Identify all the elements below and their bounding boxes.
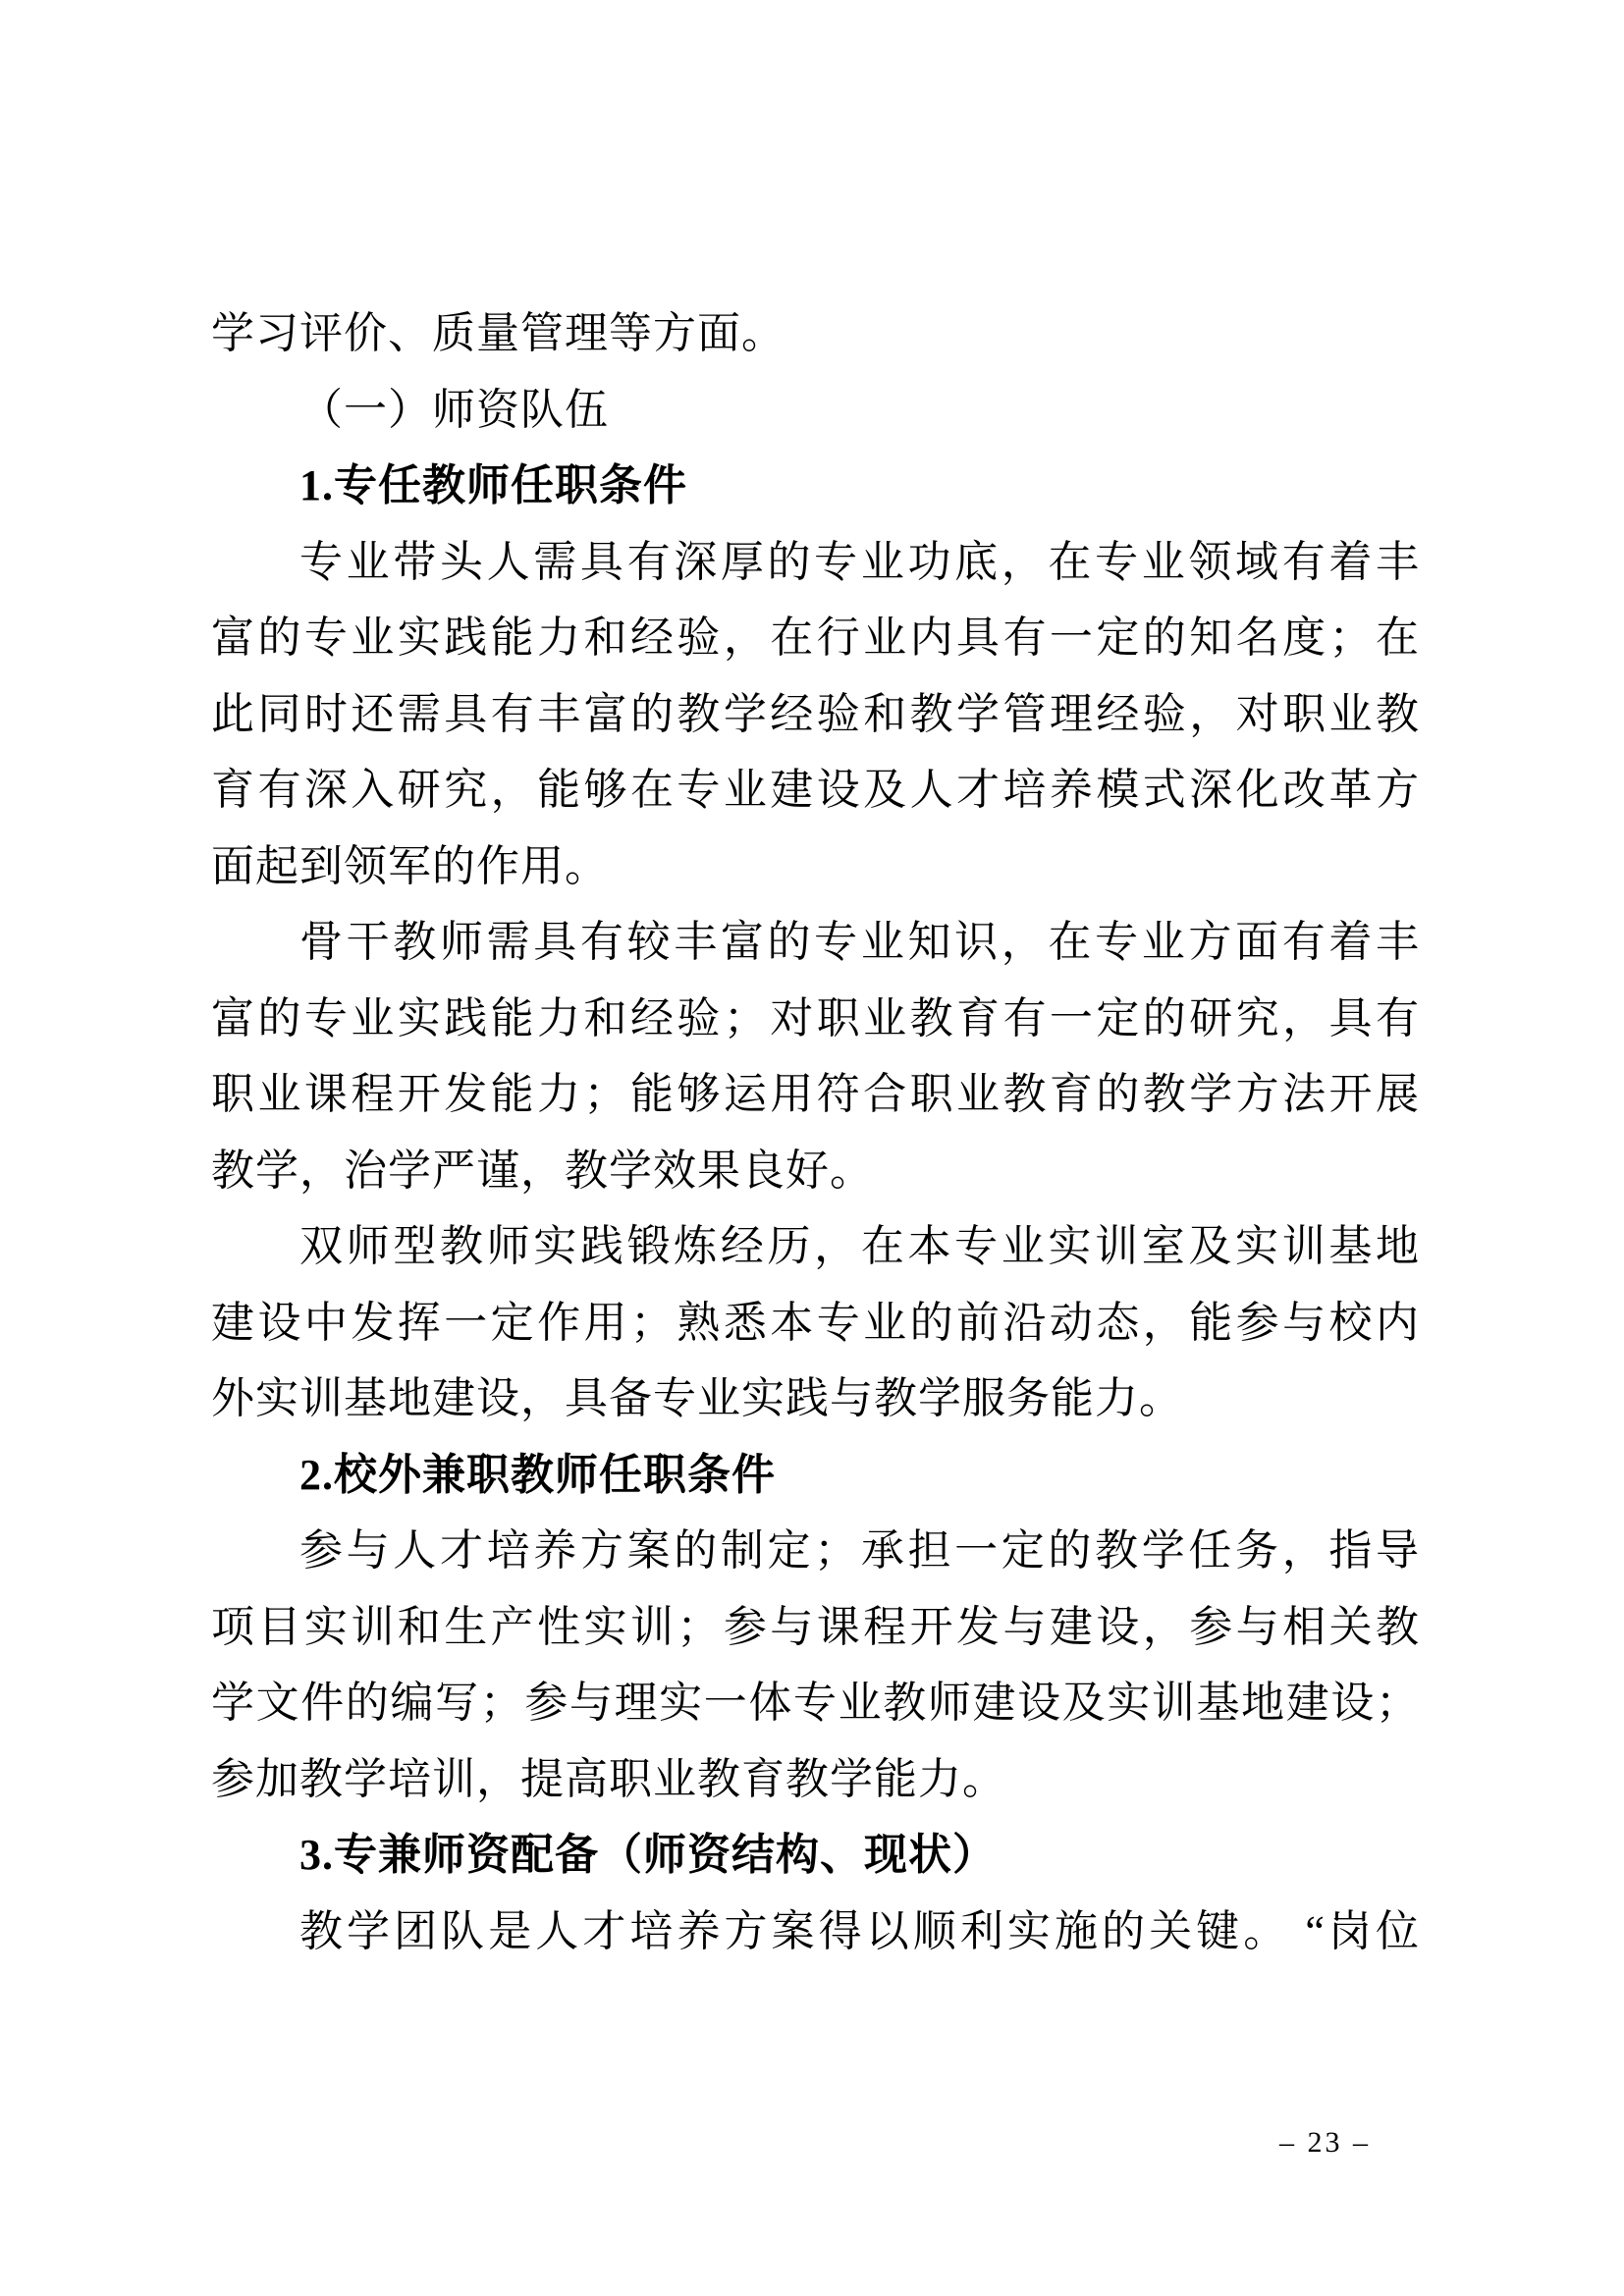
text-line: 育有深入研究，能够在专业建设及人才培养模式深化改革方 bbox=[211, 752, 1420, 828]
document-text-block: 学习评价、质量管理等方面。 （一）师资队伍 1.专任教师任职条件 专业带头人需具… bbox=[211, 295, 1420, 1969]
text-line: 学文件的编写；参与理实一体专业教师建设及实训基地建设； bbox=[211, 1665, 1420, 1741]
text-line: 项目实训和生产性实训；参与课程开发与建设，参与相关教 bbox=[211, 1589, 1420, 1666]
text-line: 教学，治学严谨，教学效果良好。 bbox=[211, 1133, 1420, 1209]
text-line: 富的专业实践能力和经验，在行业内具有一定的知名度；在 bbox=[211, 600, 1420, 676]
text-line: 建设中发挥一定作用；熟悉本专业的前沿动态，能参与校内 bbox=[211, 1285, 1420, 1362]
text-line: 外实训基地建设，具备专业实践与教学服务能力。 bbox=[211, 1361, 1420, 1437]
text-line: 参与人才培养方案的制定；承担一定的教学任务，指导 bbox=[211, 1513, 1420, 1589]
text-line: 职业课程开发能力；能够运用符合职业教育的教学方法开展 bbox=[211, 1056, 1420, 1133]
text-line: 面起到领军的作用。 bbox=[211, 828, 1420, 905]
document-page: 学习评价、质量管理等方面。 （一）师资队伍 1.专任教师任职条件 专业带头人需具… bbox=[0, 0, 1624, 2296]
heading-1-full-time-teacher-qualifications: 1.专任教师任职条件 bbox=[211, 448, 1420, 524]
text-line: 此同时还需具有丰富的教学经验和教学管理经验，对职业教 bbox=[211, 676, 1420, 753]
heading-3-staff-allocation: 3.专兼师资配备（师资结构、现状） bbox=[211, 1817, 1420, 1894]
text-line: 教学团队是人才培养方案得以顺利实施的关键。 “岗位 bbox=[211, 1894, 1420, 1970]
text-line: 骨干教师需具有较丰富的专业知识，在专业方面有着丰 bbox=[211, 904, 1420, 981]
page-number: – 23 – bbox=[1279, 2122, 1371, 2163]
text-line: 学习评价、质量管理等方面。 bbox=[211, 295, 1420, 372]
section-heading-shiziduiwu: （一）师资队伍 bbox=[211, 372, 1420, 449]
heading-2-part-time-teacher-qualifications: 2.校外兼职教师任职条件 bbox=[211, 1437, 1420, 1514]
text-line: 双师型教师实践锻炼经历，在本专业实训室及实训基地 bbox=[211, 1208, 1420, 1285]
text-line: 富的专业实践能力和经验；对职业教育有一定的研究，具有 bbox=[211, 981, 1420, 1057]
text-line: 参加教学培训，提高职业教育教学能力。 bbox=[211, 1741, 1420, 1818]
text-line: 专业带头人需具有深厚的专业功底，在专业领域有着丰 bbox=[211, 524, 1420, 601]
